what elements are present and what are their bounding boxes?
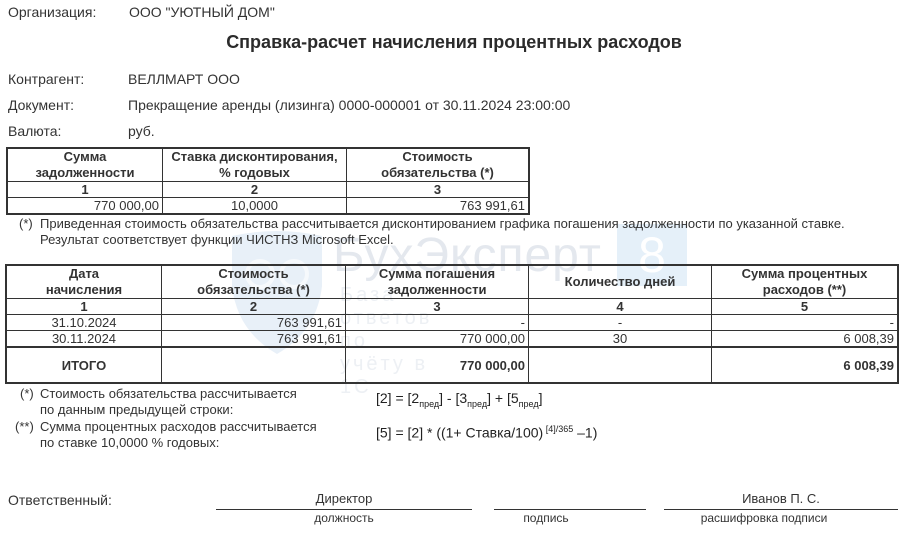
column-number: 4 — [529, 299, 712, 315]
header-cell: Датаначисления — [6, 265, 162, 299]
table-row: 770 000,00 10,0000 763 991,61 — [7, 198, 529, 215]
total-label: ИТОГО — [6, 347, 162, 383]
header-cell: Количество дней — [529, 265, 712, 299]
table-header-row: Суммазадолженности Ставка дисконтировани… — [7, 148, 529, 182]
name-line — [664, 509, 898, 510]
accrual-date-cell: 30.11.2024 — [6, 331, 162, 348]
footnote-marker: (*) — [20, 386, 34, 401]
repayment-amount-cell: 770 000,00 — [346, 331, 529, 348]
column-number: 1 — [6, 299, 162, 315]
header-cell: Суммазадолженности — [7, 148, 163, 182]
position-caption: должность — [216, 511, 472, 525]
column-number: 3 — [347, 182, 530, 198]
footnote-marker: (*) — [19, 216, 33, 231]
column-number: 3 — [346, 299, 529, 315]
header-cell: Стоимостьобязательства (*) — [162, 265, 346, 299]
footnote-line: Сумма процентных расходов рассчитывается — [40, 419, 317, 434]
repayment-amount-cell: - — [346, 315, 529, 331]
counterparty-label: Контрагент: — [8, 71, 84, 87]
liability-value-cell: 763 991,61 — [162, 331, 346, 348]
column-number: 2 — [163, 182, 347, 198]
footnote-line: Результат соответствует функции ЧИСТНЗ M… — [40, 232, 394, 247]
table-row: 30.11.2024 763 991,61 770 000,00 30 6 00… — [6, 331, 898, 348]
header-cell: Ставка дисконтирования,% годовых — [163, 148, 347, 182]
column-number: 2 — [162, 299, 346, 315]
position-value: Директор — [216, 491, 472, 506]
discount-summary-table: Суммазадолженности Ставка дисконтировани… — [6, 147, 530, 215]
page-title: Справка-расчет начисления процентных рас… — [0, 32, 908, 53]
organization-label: Организация: — [8, 4, 96, 20]
footnote-marker: (**) — [15, 419, 34, 434]
formula-interest: [5] = [2] * ((1+ Ставка/100) [4]/365 –1) — [376, 424, 597, 441]
interest-amount-cell: 6 008,39 — [712, 331, 899, 348]
interest-amount-cell: - — [712, 315, 899, 331]
organization-value: ООО "УЮТНЫЙ ДОМ" — [129, 4, 275, 20]
formula-liability: [2] = [2пред] - [3пред] + [5пред] — [376, 390, 543, 409]
footnote-line: по данным предыдущей строки: — [40, 402, 233, 417]
discount-rate-cell: 10,0000 — [163, 198, 347, 215]
table-header-row: Датаначисления Стоимостьобязательства (*… — [6, 265, 898, 299]
column-number-row: 1 2 3 4 5 — [6, 299, 898, 315]
signature-line — [494, 509, 646, 510]
header-cell: Сумма погашениязадолженности — [346, 265, 529, 299]
liability-value-cell: 763 991,61 — [162, 315, 346, 331]
header-cell: Сумма процентныхрасходов (**) — [712, 265, 899, 299]
column-number: 1 — [7, 182, 163, 198]
column-number-row: 1 2 3 — [7, 182, 529, 198]
accrual-date-cell: 31.10.2024 — [6, 315, 162, 331]
footnote-line: Стоимость обязательства рассчитывается — [40, 386, 297, 401]
days-count-cell: - — [529, 315, 712, 331]
signature-caption: подпись — [494, 511, 598, 525]
name-caption: расшифровка подписи — [664, 511, 864, 525]
footnote-line: по ставке 10,0000 % годовых: — [40, 435, 219, 450]
footnote-line: Приведенная стоимость обязательства расс… — [40, 216, 845, 231]
total-liability-cell — [162, 347, 346, 383]
total-days-cell — [529, 347, 712, 383]
counterparty-value: ВЕЛЛМАРТ ООО — [128, 71, 240, 87]
name-value: Иванов П. С. — [664, 491, 898, 506]
currency-label: Валюта: — [8, 123, 61, 139]
total-repayment-cell: 770 000,00 — [346, 347, 529, 383]
liability-value-cell: 763 991,61 — [347, 198, 530, 215]
debt-amount-cell: 770 000,00 — [7, 198, 163, 215]
total-row: ИТОГО 770 000,00 6 008,39 — [6, 347, 898, 383]
document-label: Документ: — [8, 97, 74, 113]
document-link[interactable]: Прекращение аренды (лизинга) 0000-000001… — [128, 97, 570, 113]
currency-value: руб. — [128, 123, 155, 139]
responsible-label: Ответственный: — [8, 492, 112, 508]
interest-calculation-table: Датаначисления Стоимостьобязательства (*… — [5, 264, 899, 384]
table-row: 31.10.2024 763 991,61 - - - — [6, 315, 898, 331]
total-interest-cell: 6 008,39 — [712, 347, 899, 383]
column-number: 5 — [712, 299, 899, 315]
header-cell: Стоимостьобязательства (*) — [347, 148, 530, 182]
position-line — [216, 509, 472, 510]
days-count-cell: 30 — [529, 331, 712, 348]
